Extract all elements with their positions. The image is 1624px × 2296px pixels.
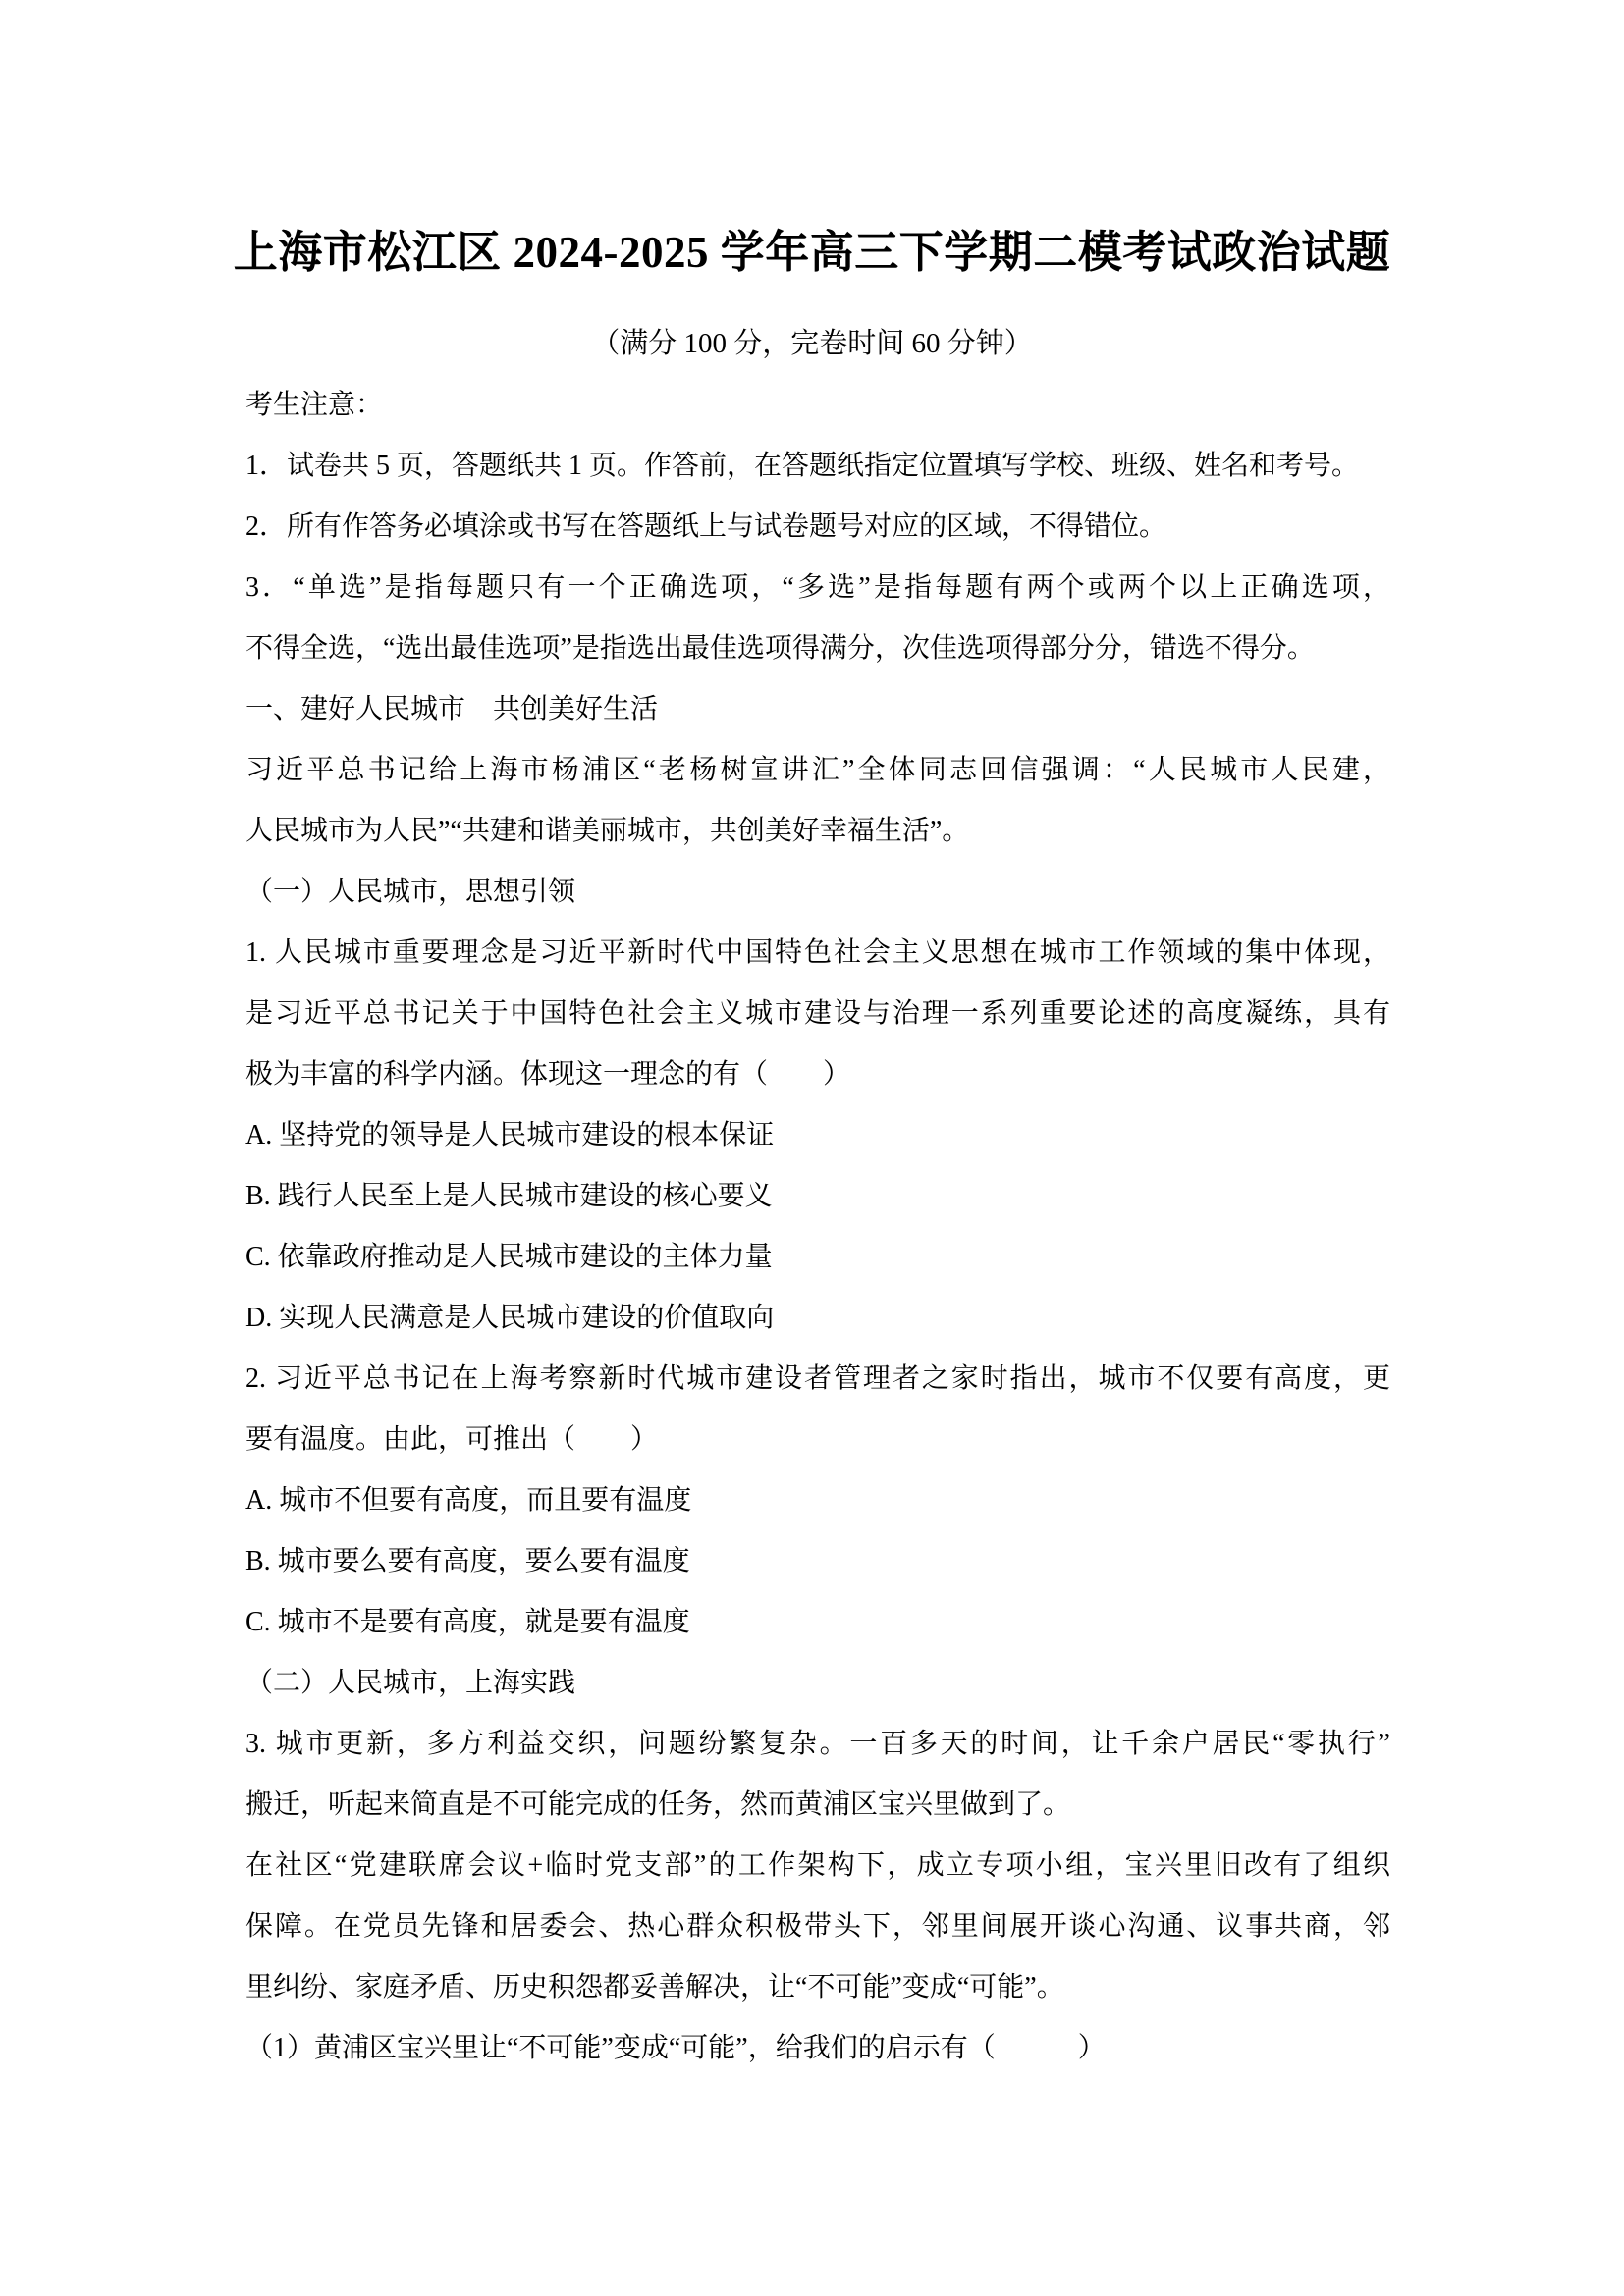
text-line: B. 城市要么要有高度，要么要有温度: [245, 1531, 1390, 1592]
text-line: 在社区“党建联席会议+临时党支部”的工作架构下，成立专项小组，宝兴里旧改有了组织: [245, 1836, 1390, 1896]
text-line: 是习近平总书记关于中国特色社会主义城市建设与治理一系列重要论述的高度凝练，具有: [245, 984, 1390, 1044]
text-line: D. 实现人民满意是人民城市建设的价值取向: [245, 1288, 1390, 1349]
text-line: A. 城市不但要有高度，而且要有温度: [245, 1470, 1390, 1531]
exam-page: 上海市松江区 2024-2025 学年高三下学期二模考试政治试题 （满分 100…: [0, 0, 1624, 2296]
text-line: 里纠纷、家庭矛盾、历史积怨都妥善解决，让“不可能”变成“可能”。: [245, 1957, 1390, 2018]
exam-score-time-note: （满分 100 分，完卷时间 60 分钟）: [0, 324, 1624, 363]
text-line: 考生注意：: [245, 375, 1390, 436]
text-line: C. 依靠政府推动是人民城市建设的主体力量: [245, 1227, 1390, 1288]
text-line: 2. 习近平总书记在上海考察新时代城市建设者管理者之家时指出，城市不仅要有高度，…: [245, 1349, 1390, 1410]
text-line: 搬迁，听起来简直是不可能完成的任务，然而黄浦区宝兴里做到了。: [245, 1775, 1390, 1836]
text-line: 1. 人民城市重要理念是习近平新时代中国特色社会主义思想在城市工作领域的集中体现…: [245, 923, 1390, 984]
text-line: （一）人民城市，思想引领: [245, 862, 1390, 923]
text-line: 人民城市为人民”“共建和谐美丽城市，共创美好幸福生活”。: [245, 801, 1390, 862]
text-line: A. 坚持党的领导是人民城市建设的根本保证: [245, 1105, 1390, 1166]
text-line: 保障。在党员先锋和居委会、热心群众积极带头下，邻里间展开谈心沟通、议事共商，邻: [245, 1896, 1390, 1957]
text-line: （二）人民城市，上海实践: [245, 1653, 1390, 1714]
text-line: 一、建好人民城市 共创美好生活: [245, 679, 1390, 740]
text-line: 1．试卷共 5 页，答题纸共 1 页。作答前，在答题纸指定位置填写学校、班级、姓…: [245, 436, 1390, 497]
text-line: 不得全选，“选出最佳选项”是指选出最佳选项得满分，次佳选项得部分分，错选不得分。: [245, 618, 1390, 679]
text-line: 极为丰富的科学内涵。体现这一理念的有（ ）: [245, 1044, 1390, 1105]
text-line: （1）黄浦区宝兴里让“不可能”变成“可能”，给我们的启示有（ ）: [245, 2018, 1390, 2079]
page-title: 上海市松江区 2024-2025 学年高三下学期二模考试政治试题: [0, 224, 1624, 281]
document-body: 考生注意：1．试卷共 5 页，答题纸共 1 页。作答前，在答题纸指定位置填写学校…: [245, 375, 1390, 2079]
text-line: 3. 城市更新，多方利益交织，问题纷繁复杂。一百多天的时间，让千余户居民“零执行…: [245, 1714, 1390, 1775]
text-line: C. 城市不是要有高度，就是要有温度: [245, 1592, 1390, 1653]
text-line: B. 践行人民至上是人民城市建设的核心要义: [245, 1166, 1390, 1227]
text-line: 要有温度。由此，可推出（ ）: [245, 1410, 1390, 1470]
text-line: 2．所有作答务必填涂或书写在答题纸上与试卷题号对应的区域，不得错位。: [245, 497, 1390, 558]
text-line: 3．“单选”是指每题只有一个正确选项，“多选”是指每题有两个或两个以上正确选项，: [245, 558, 1390, 618]
text-line: 习近平总书记给上海市杨浦区“老杨树宣讲汇”全体同志回信强调：“人民城市人民建，: [245, 740, 1390, 801]
